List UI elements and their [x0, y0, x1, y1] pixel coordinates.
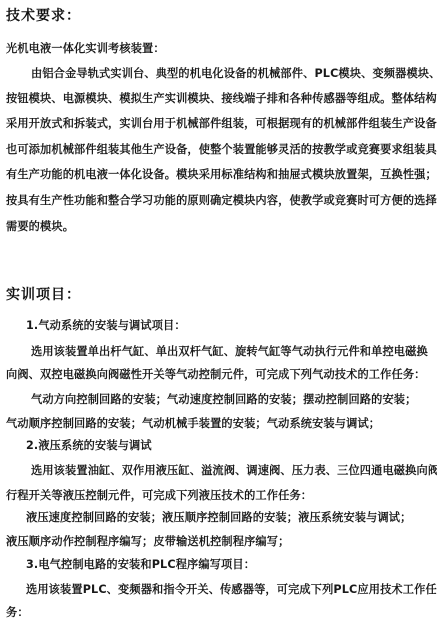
- paragraph-line: 有生产功能的机电液一体化设备。模块采用标准结构和抽屉式模块放置架，互换性强；: [6, 166, 437, 182]
- device-title: 光机电液一体化实训考核装置：: [6, 40, 165, 56]
- item-title: 1.气动系统的安装与调试项目：: [26, 317, 186, 333]
- paragraph-line: 采用开放式和拆装式，实训台用于机械部件组装，可根据现有的机械部件组装生产设备，: [6, 115, 437, 131]
- paragraph-line: 需要的模块。: [6, 218, 74, 234]
- paragraph-line: 液压速度控制回路的安装；液压顺序控制回路的安装；液压系统安装与调试；: [26, 509, 411, 525]
- paragraph-line: 务：: [6, 604, 29, 620]
- item-title: 3.电气控制电路的安装和PLC程序编写项目：: [26, 556, 255, 572]
- section-heading-training-projects: 实训项目：: [6, 284, 81, 304]
- paragraph-line: 选用该装置PLC、变频器和指令开关、传感器等，可完成下列PLC应用技术工作任: [26, 581, 437, 597]
- paragraph-line: 也可添加机械部件组装其他生产设备，使整个装置能够灵活的按教学或竞赛要求组装具: [6, 141, 437, 157]
- paragraph-line: 按具有生产性功能和整合学习功能的原则确定模块内容，使教学或竞赛时可方便的选择: [6, 192, 437, 208]
- paragraph-line: 行程开关等液压控制元件，可完成下列液压技术的工作任务：: [6, 487, 312, 503]
- paragraph-line: 向阀、双控电磁换向阀磁性开关等气动控制元件，可完成下列气动技术的工作任务：: [6, 366, 426, 382]
- paragraph-line: 液压顺序动作控制程序编写；皮带输送机控制程序编写；: [6, 533, 289, 549]
- paragraph-line: 选用该装置油缸、双作用液压缸、溢流阀、调速阀、压力表、三位四通电磁换向阀、: [31, 462, 437, 478]
- paragraph-line: 选用该装置单出杆气缸、单出双杆气缸、旋转气缸等气动执行元件和单控电磁换: [31, 343, 428, 359]
- paragraph-line: 气动顺序控制回路的安装；气动机械手装置的安装；气动系统安装与调试；: [6, 415, 380, 431]
- paragraph-line: 气动方向控制回路的安装；气动速度控制回路的安装；摆动控制回路的安装；: [31, 391, 416, 407]
- item-title: 2.液压系统的安装与调试: [26, 437, 152, 453]
- paragraph-line: 由铝合金导轨式实训台、典型的机电化设备的机械部件、PLC模块、变频器模块、: [31, 65, 437, 81]
- paragraph-line: 按钮模块、电源模块、模拟生产实训模块、接线端子排和各种传感器等组成。整体结构: [6, 90, 437, 106]
- section-heading-tech-requirements: 技术要求：: [6, 5, 81, 25]
